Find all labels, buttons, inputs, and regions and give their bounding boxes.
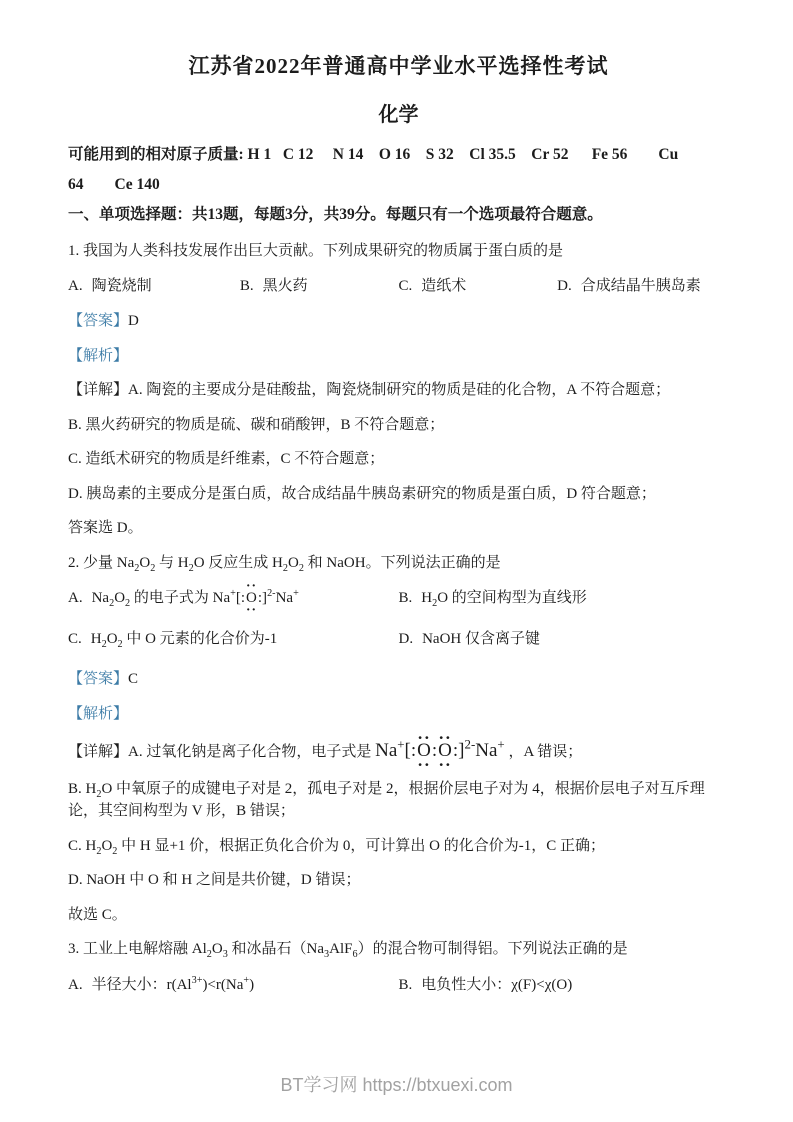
- q1-option-d-text: 合成结晶牛胰岛素: [581, 278, 701, 294]
- q1-detail-3: C. 造纸术研究的物质是纤维素，C 不符合题意；: [68, 448, 729, 471]
- q1-option-b-text: 黑火药: [263, 278, 308, 294]
- q1-option-a-key: A.: [68, 278, 83, 294]
- q3-option-b: B.电负性大小：χ(F)<χ(O): [399, 973, 730, 997]
- q1-option-d: D.合成结晶牛胰岛素: [557, 274, 729, 298]
- q2-option-a-text: Na2O2 的电子式为 Na+[:O:]2-Na+: [92, 590, 299, 606]
- q1-option-a: A.陶瓷烧制: [68, 274, 240, 298]
- question-1: 1. 我国为人类科技发展作出巨大贡献。下列成果研究的物质属于蛋白质的是 A.陶瓷…: [68, 240, 729, 540]
- answer-label: 【答案】: [68, 671, 128, 687]
- q1-detail-conclusion: 答案选 D。: [68, 517, 729, 540]
- q2-option-c-key: C.: [68, 631, 82, 647]
- q2-option-c: C.H2O2 中 O 元素的化合价为-1: [68, 627, 399, 651]
- q2-detail-1: 【详解】A. 过氧化钠是离子化合物，电子式是 Na+[:O:O:]2-Na+ ，…: [68, 737, 729, 766]
- q2-detail-3: C. H2O2 中 H 显+1 价，根据正负化合价为 0，可计算出 O 的化合价…: [68, 835, 729, 858]
- section-heading: 一、单项选择题：共13题，每题3分，共39分。每题只有一个选项最符合题意。: [68, 200, 729, 230]
- q1-option-d-key: D.: [557, 278, 572, 294]
- question-1-stem: 1. 我国为人类科技发展作出巨大贡献。下列成果研究的物质属于蛋白质的是: [68, 240, 729, 263]
- analysis-label: 【解析】: [68, 348, 128, 364]
- q2-analysis-line: 【解析】: [68, 703, 729, 726]
- question-1-options: A.陶瓷烧制 B.黑火药 C.造纸术 D.合成结晶牛胰岛素: [68, 274, 729, 298]
- q1-option-c-text: 造纸术: [421, 278, 466, 294]
- q2-answer-value: C: [128, 671, 138, 687]
- q1-answer-value: D: [128, 313, 139, 329]
- atomic-masses-line-2: 64 Ce 140: [68, 170, 729, 200]
- q2-option-d-key: D.: [399, 631, 414, 647]
- q1-option-b: B.黑火药: [240, 274, 399, 298]
- q3-option-a-text: 半径大小：r(Al3+)<r(Na+): [92, 977, 255, 993]
- q2-detail-2: B. H2O 中氧原子的成键电子对是 2，孤电子对是 2，根据价层电子对为 4，…: [68, 778, 729, 823]
- question-2: 2. 少量 Na2O2 与 H2O 反应生成 H2O2 和 NaOH。下列说法正…: [68, 552, 729, 927]
- analysis-label: 【解析】: [68, 706, 128, 722]
- q2-detail-conclusion: 故选 C。: [68, 904, 729, 927]
- q2-option-b-text: H2O 的空间构型为直线形: [421, 590, 587, 606]
- q1-option-b-key: B.: [240, 278, 254, 294]
- q1-analysis-line: 【解析】: [68, 345, 729, 368]
- q2-option-b: B.H2O 的空间构型为直线形: [399, 586, 730, 610]
- subject-title: 化学: [68, 98, 729, 127]
- footer-watermark: BT学习网 https://btxuexi.com: [0, 1071, 793, 1097]
- q1-option-c: C.造纸术: [398, 274, 557, 298]
- page-title: 江苏省2022年普通高中学业水平选择性考试: [68, 50, 729, 80]
- q1-detail-4: D. 胰岛素的主要成分是蛋白质，故合成结晶牛胰岛素研究的物质是蛋白质，D 符合题…: [68, 483, 729, 506]
- q3-option-a: A.半径大小：r(Al3+)<r(Na+): [68, 973, 399, 997]
- question-2-options-row-2: C.H2O2 中 O 元素的化合价为-1 D.NaOH 仅含离子键: [68, 627, 729, 651]
- q2-option-c-text: H2O2 中 O 元素的化合价为-1: [91, 631, 277, 647]
- q2-detail-4: D. NaOH 中 O 和 H 之间是共价键，D 错误；: [68, 869, 729, 892]
- q3-option-a-key: A.: [68, 977, 83, 993]
- question-3: 3. 工业上电解熔融 Al2O3 和冰晶石（Na3AlF6）的混合物可制得铝。下…: [68, 938, 729, 997]
- question-3-options: A.半径大小：r(Al3+)<r(Na+) B.电负性大小：χ(F)<χ(O): [68, 973, 729, 997]
- exam-document-page: 江苏省2022年普通高中学业水平选择性考试 化学 可能用到的相对原子质量: H …: [0, 0, 793, 1122]
- q2-option-d-text: NaOH 仅含离子键: [422, 631, 540, 647]
- q1-option-c-key: C.: [398, 278, 412, 294]
- answer-label: 【答案】: [68, 313, 128, 329]
- q3-option-b-text: 电负性大小：χ(F)<χ(O): [421, 977, 572, 993]
- q2-option-a: A.Na2O2 的电子式为 Na+[:O:]2-Na+: [68, 586, 399, 610]
- question-2-stem: 2. 少量 Na2O2 与 H2O 反应生成 H2O2 和 NaOH。下列说法正…: [68, 552, 729, 575]
- q3-option-b-key: B.: [399, 977, 413, 993]
- q2-answer-line: 【答案】C: [68, 668, 729, 691]
- q1-option-a-text: 陶瓷烧制: [92, 278, 152, 294]
- q2-option-a-key: A.: [68, 590, 83, 606]
- question-3-stem: 3. 工业上电解熔融 Al2O3 和冰晶石（Na3AlF6）的混合物可制得铝。下…: [68, 938, 729, 961]
- atomic-masses-line-1: 可能用到的相对原子质量: H 1 C 12 N 14 O 16 S 32 Cl …: [68, 140, 729, 170]
- q1-detail-1: 【详解】A. 陶瓷的主要成分是硅酸盐，陶瓷烧制研究的物质是硅的化合物，A 不符合…: [68, 379, 729, 402]
- q1-detail-2: B. 黑火药研究的物质是硫、碳和硝酸钾，B 不符合题意；: [68, 414, 729, 437]
- q2-option-d: D.NaOH 仅含离子键: [399, 627, 730, 651]
- question-2-options-row-1: A.Na2O2 的电子式为 Na+[:O:]2-Na+ B.H2O 的空间构型为…: [68, 586, 729, 610]
- q1-answer-line: 【答案】D: [68, 310, 729, 333]
- q2-option-b-key: B.: [399, 590, 413, 606]
